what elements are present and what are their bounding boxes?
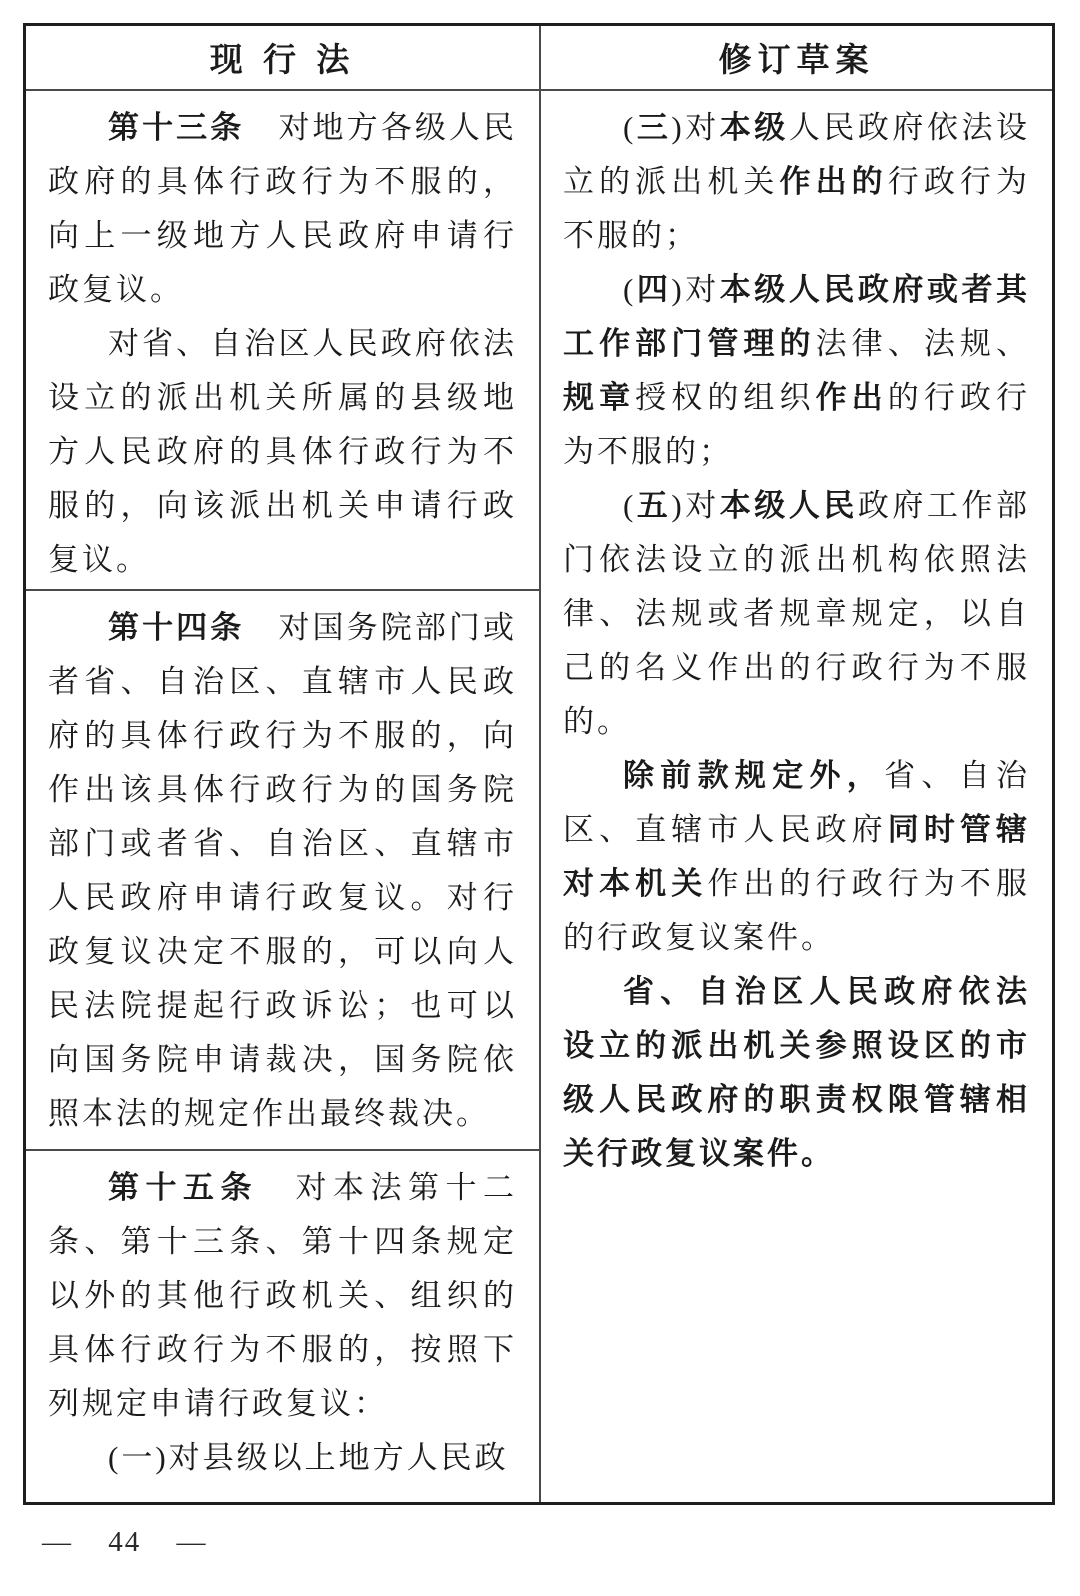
text-run: (一)对县级以上地方人民政 xyxy=(108,1440,509,1475)
text-run: 对本法第十二条、第十三条、第十四条规定以外的其他行政机关、组织的具体行政行为不服… xyxy=(48,1170,517,1421)
text-run: )对 xyxy=(671,272,719,307)
header-current-law: 现 行 法 xyxy=(26,26,541,89)
text-run-bold: 四 xyxy=(636,272,671,307)
paragraph: 第十五条 对本法第十二条、第十三条、第十四条规定以外的其他行政机关、组织的具体行… xyxy=(48,1161,517,1431)
text-run-bold: 五 xyxy=(636,488,671,523)
text-run-bold: 作出 xyxy=(816,380,888,415)
paragraph: (五)对本级人民政府工作部门依法设立的派出机构依照法律、法规或者规章规定，以自己… xyxy=(563,479,1030,749)
text-run: 对省、自治区人民政府依法设立的派出机关所属的县级地方人民政府的具体行政行为不服的… xyxy=(48,326,517,577)
paragraph: 第十四条 对国务院部门或者省、自治区、直辖市人民政府的具体行政行为不服的，向作出… xyxy=(48,601,517,1141)
paragraph: (一)对县级以上地方人民政 xyxy=(48,1431,517,1485)
text-run-bold: 第十四条 xyxy=(108,610,244,645)
paragraph: 省、自治区人民政府依法设立的派出机关参照设区的市级人民政府的职责权限管辖相关行政… xyxy=(563,965,1030,1181)
document-page: 现 行 法 修订草案 第十三条 对地方各级人民政府的具体行政行为不服的，向上一级… xyxy=(0,0,1080,1596)
text-run: 法律、法规、 xyxy=(816,326,1030,361)
text-run: )对 xyxy=(671,110,719,145)
text-run-bold: 除前款规定外， xyxy=(623,758,884,793)
text-run: )对 xyxy=(671,488,719,523)
table-body: 第十三条 对地方各级人民政府的具体行政行为不服的，向上一级地方人民政府申请行政复… xyxy=(26,91,1052,1502)
text-run-bold: 三 xyxy=(636,110,671,145)
cell-article-13: 第十三条 对地方各级人民政府的具体行政行为不服的，向上一级地方人民政府申请行政复… xyxy=(26,91,539,591)
text-run-bold: 本级 xyxy=(720,110,789,145)
paragraph: 除前款规定外，省、自治区、直辖市人民政府同时管辖对本机关作出的行政行为不服的行政… xyxy=(563,749,1030,965)
text-run: ( xyxy=(623,272,636,307)
revised-draft-column: (三)对本级人民政府依法设立的派出机关作出的行政行为不服的；(四)对本级人民政府… xyxy=(541,91,1052,1502)
text-run-bold: 作出的 xyxy=(780,164,888,199)
text-run-bold: 本级人民 xyxy=(720,488,858,523)
current-law-column: 第十三条 对地方各级人民政府的具体行政行为不服的，向上一级地方人民政府申请行政复… xyxy=(26,91,541,1502)
text-run-bold: 第十五条 xyxy=(108,1170,258,1205)
text-run: 授权的组织 xyxy=(635,380,815,415)
text-run-bold: 第十三条 xyxy=(108,110,244,145)
paragraph: 第十三条 对地方各级人民政府的具体行政行为不服的，向上一级地方人民政府申请行政复… xyxy=(48,101,517,317)
cell-article-14: 第十四条 对国务院部门或者省、自治区、直辖市人民政府的具体行政行为不服的，向作出… xyxy=(26,591,539,1151)
text-run: ( xyxy=(623,488,636,523)
text-run: ( xyxy=(623,110,636,145)
table-header-row: 现 行 法 修订草案 xyxy=(26,26,1052,91)
paragraph: 对省、自治区人民政府依法设立的派出机关所属的县级地方人民政府的具体行政行为不服的… xyxy=(48,317,517,587)
cell-article-15: 第十五条 对本法第十二条、第十三条、第十四条规定以外的其他行政机关、组织的具体行… xyxy=(26,1151,539,1502)
text-run: 对国务院部门或者省、自治区、直辖市人民政府的具体行政行为不服的，向作出该具体行政… xyxy=(48,610,517,1131)
text-run-bold: 规章 xyxy=(563,380,635,415)
paragraph: (四)对本级人民政府或者其工作部门管理的法律、法规、规章授权的组织作出的行政行为… xyxy=(563,263,1030,479)
law-comparison-table: 现 行 法 修订草案 第十三条 对地方各级人民政府的具体行政行为不服的，向上一级… xyxy=(23,23,1055,1505)
page-number: — 44 — xyxy=(42,1526,202,1559)
text-run-bold: 省、自治区人民政府依法设立的派出机关参照设区的市级人民政府的职责权限管辖相关行政… xyxy=(563,974,1030,1171)
paragraph: (三)对本级人民政府依法设立的派出机关作出的行政行为不服的； xyxy=(563,101,1030,263)
text-run: 政府工作部门依法设立的派出机构依照法律、法规或者规章规定，以自己的名义作出的行政… xyxy=(563,488,1030,739)
header-revised-draft: 修订草案 xyxy=(541,26,1052,89)
